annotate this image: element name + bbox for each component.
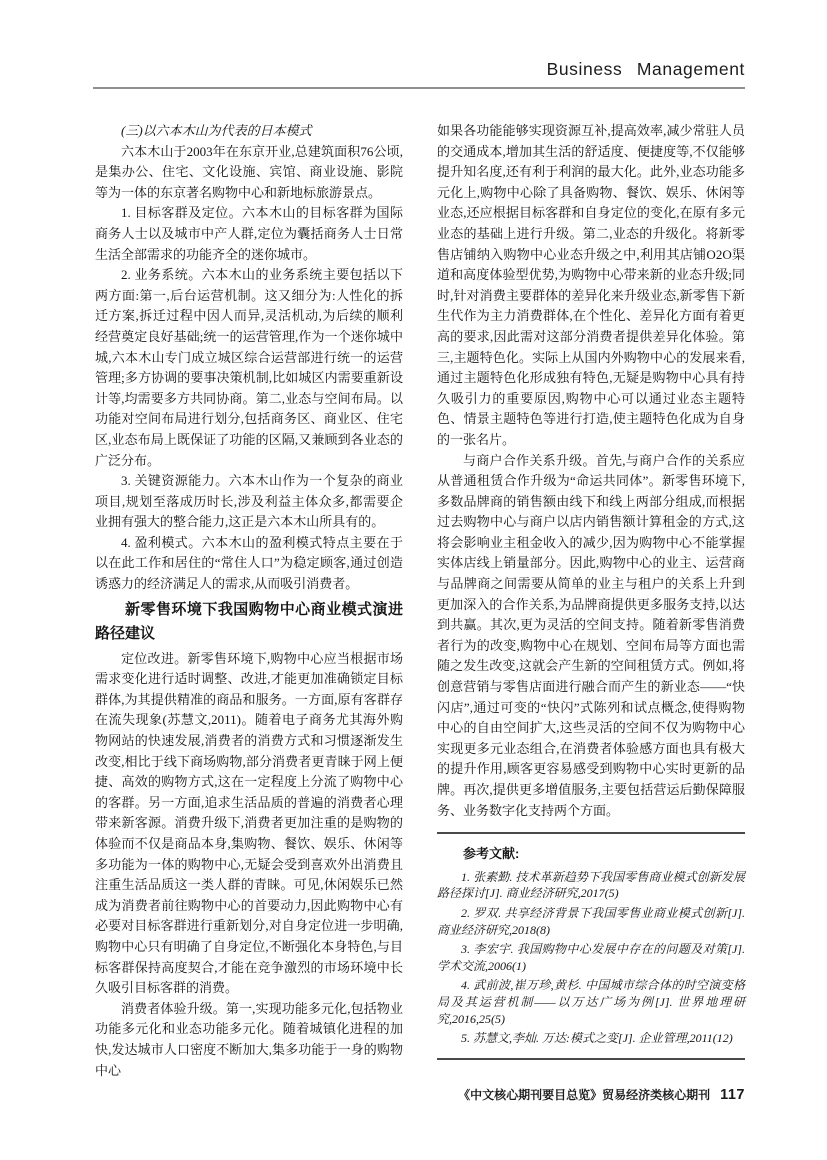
paragraph-target-customers: 1. 目标客群及定位。六本木山的目标客群为国际商务人士以及城市中产人群,定位为囊… <box>95 203 403 265</box>
journal-page: Business Management (三)以六本木山为代表的日本模式 六本木… <box>0 0 827 1160</box>
page-number: 117 <box>720 1087 745 1103</box>
journal-section-title: Business Management <box>547 59 745 79</box>
reference-item-5: 5. 苏慧文,李灿. 万达:模式之变[J]. 企业管理,2011(12) <box>437 1030 745 1047</box>
running-head: Business Management <box>547 59 745 80</box>
references-top-rule <box>437 832 745 834</box>
references-bottom-rule <box>437 1058 745 1060</box>
paragraph-key-resources: 3. 关键资源能力。六本木山作为一个复杂的商业项目,规划至落成历时长,涉及利益主… <box>95 471 403 533</box>
paragraph-roppongi-intro: 六本木山于2003年在东京开业,总建筑面积76公顷,是集办公、住宅、文化设施、宾… <box>95 142 403 204</box>
footer-journal-label: 《中文核心期刊要目总览》贸易经济类核心期刊 <box>458 1086 710 1103</box>
paragraph-continuation-multifunction: 如果各功能能够实现资源互补,提高效率,减少常驻人员的交通成本,增加其生活的舒适度… <box>437 121 745 451</box>
paragraph-merchant-cooperation: 与商户合作关系升级。首先,与商户合作的关系应从普通租赁合作升级为“命运共同体”。… <box>437 451 745 822</box>
reference-item-4: 4. 武前波,崔万珍,黄杉. 中国城市综合体的时空演变格局及其运营机制——以万达… <box>437 977 745 1027</box>
section-title-evolution-path: 新零售环境下我国购物中心商业模式演进路径建议 <box>95 598 403 646</box>
left-column: (三)以六本木山为代表的日本模式 六本木山于2003年在东京开业,总建筑面积76… <box>95 121 403 1081</box>
paragraph-profit-model: 4. 盈利模式。六本木山的盈利模式特点主要在于以在此工作和居住的“常住人口”为稳… <box>95 533 403 595</box>
header-rule <box>93 87 745 89</box>
paragraph-business-system: 2. 业务系统。六本木山的业务系统主要包括以下两方面:第一,后台运营机制。这又细… <box>95 265 403 471</box>
text-columns: (三)以六本木山为代表的日本模式 六本木山于2003年在东京开业,总建筑面积76… <box>95 121 745 1081</box>
paragraph-consumer-experience: 消费者体验升级。第一,实现功能多元化,包括物业功能多元化和业态功能多元化。随着城… <box>95 999 403 1081</box>
section-heading-japan-model: (三)以六本木山为代表的日本模式 <box>95 121 403 142</box>
reference-item-1: 1. 张素勤. 技术革新趋势下我国零售商业模式创新发展路径探讨[J]. 商业经济… <box>437 869 745 902</box>
paragraph-positioning-improvement: 定位改进。新零售环境下,购物中心应当根据市场需求变化进行适时调整、改进,才能更加… <box>95 649 403 999</box>
references-heading: 参考文献: <box>437 844 745 865</box>
page-footer: 《中文核心期刊要目总览》贸易经济类核心期刊 117 <box>458 1086 745 1103</box>
reference-item-2: 2. 罗双. 共享经济背景下我国零售业商业模式创新[J]. 商业经济研究,201… <box>437 905 745 938</box>
right-column: 如果各功能能够实现资源互补,提高效率,减少常驻人员的交通成本,增加其生活的舒适度… <box>437 121 745 1081</box>
reference-item-3: 3. 李宏宇. 我国购物中心发展中存在的问题及对策[J]. 学术交流,2006(… <box>437 941 745 974</box>
